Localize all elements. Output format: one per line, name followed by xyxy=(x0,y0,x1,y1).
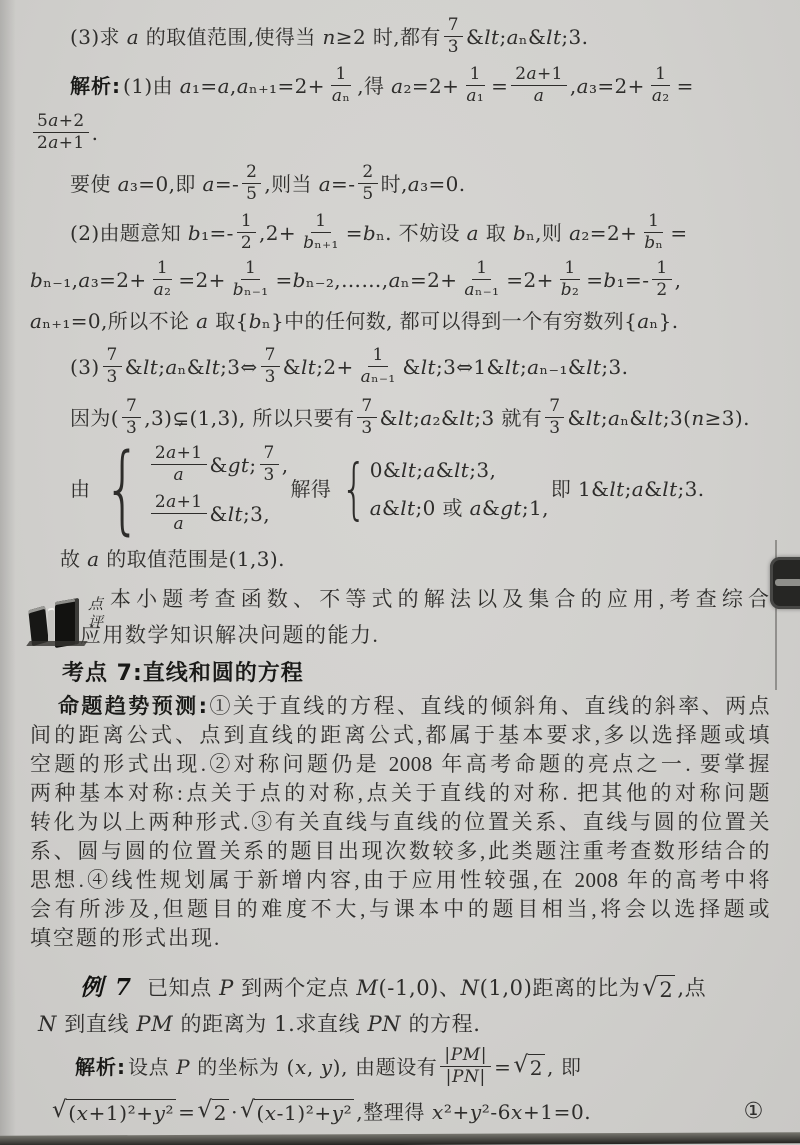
fraction: 1b₂ xyxy=(557,259,584,300)
fraction: 25 xyxy=(242,163,261,204)
cases-group: {2a+1a&gt;73,2a+1a&lt;3, xyxy=(92,444,288,534)
formula-text: ,点 xyxy=(677,976,706,1000)
numerator: 1 xyxy=(466,65,485,86)
case-row: 2a+1a&gt;73, xyxy=(148,444,289,485)
radicand: 2 xyxy=(528,1054,545,1080)
denominator: |PN| xyxy=(442,1067,490,1087)
formula-text: 因为( xyxy=(70,403,119,433)
bold-label: 解析: xyxy=(75,1052,126,1082)
fraction: 1bₙ₊₁ xyxy=(299,212,343,253)
numerator: |PM| xyxy=(440,1046,491,1067)
formula-text: =b₁=- xyxy=(586,265,649,295)
page-content: (3)求 a 的取值范围,使得当 n≥2 时,都有 73&lt;aₙ&lt;3.… xyxy=(0,0,800,1127)
denominator: aₙ xyxy=(328,86,354,106)
fraction: 2a+1a xyxy=(151,444,207,485)
radicand: (x-1)²+y² xyxy=(254,1099,354,1125)
formula-text: 设点 P 的坐标为 (x, y), 由题设有 xyxy=(128,1052,437,1082)
denominator: a xyxy=(530,86,549,106)
formula-text: &lt;2+ xyxy=(283,352,354,382)
formula-text: 要使 a₃=0,即 a=- xyxy=(70,169,239,199)
formula-text: a&lt;0 或 a&gt;1, xyxy=(370,493,549,523)
formula-text: ,2+ xyxy=(259,218,296,248)
scan-bottom-edge xyxy=(0,1132,800,1145)
numerator: 2 xyxy=(358,163,377,184)
fraction: |PM||PN| xyxy=(440,1046,491,1087)
example-statement-line: 已知点 P 到两个定点 M(-1,0)、N(1,0)距离的比为√2,点 xyxy=(147,972,706,1004)
formula-text: N 到直线 PM 的距离为 1.求直线 PN 的方程. xyxy=(38,1012,481,1036)
trend-text-line: 会有所涉及,但题目的难度不大,与课本中的题目相当,将会以选择题或 xyxy=(30,895,770,924)
numerator: 7 xyxy=(545,397,564,418)
fraction: 1aₙ₋₁ xyxy=(357,346,400,387)
formula-text: 由 xyxy=(70,474,90,504)
radical-sign: √ xyxy=(52,1099,67,1122)
radicand: (x+1)²+y² xyxy=(66,1099,176,1125)
denominator: bₙ₋₁ xyxy=(229,280,273,300)
denominator: 3 xyxy=(260,465,279,485)
book-pages xyxy=(48,607,54,645)
radicand: 2 xyxy=(212,1099,229,1125)
numerator: 5a+2 xyxy=(33,112,89,133)
case-row: a&lt;0 或 a&gt;1, xyxy=(370,493,549,523)
fraction: 73 xyxy=(103,346,122,387)
solution-line-2: 5a+22a+1. xyxy=(30,112,770,153)
formula-text: =bₙ₋₂,……,aₙ=2+ xyxy=(275,265,457,295)
solution-line-9: 由{2a+1a&gt;73,2a+1a&lt;3, 解得 {0&lt;a&lt;… xyxy=(70,444,770,534)
formula-text: (3)求 a 的取值范围,使得当 n≥2 时,都有 xyxy=(70,22,441,52)
fraction: 25 xyxy=(358,163,377,204)
numerator: 7 xyxy=(260,444,279,465)
radical-sign: √ xyxy=(513,1054,528,1077)
formula-text: 已知点 P 到两个定点 M(-1,0)、N(1,0)距离的比为 xyxy=(147,976,640,1000)
denominator: a xyxy=(169,465,188,485)
fraction: 2a+1a xyxy=(511,65,567,106)
radical-sign: √ xyxy=(642,975,658,999)
formula-text: = xyxy=(491,71,508,101)
formula-text: 解得 xyxy=(291,474,332,504)
numerator: 2a+1 xyxy=(511,65,567,86)
numerator: 7 xyxy=(357,397,376,418)
numerator: 1 xyxy=(651,65,670,86)
formula-text: = xyxy=(494,1052,511,1082)
square-root: √(x-1)²+y² xyxy=(240,1099,354,1125)
formula-text: · xyxy=(231,1097,238,1127)
case-row: 0&lt;a&lt;3, xyxy=(370,455,549,485)
numerator: 1 xyxy=(237,212,256,233)
formula-text: 时,a₃=0. xyxy=(381,169,466,199)
trend-text-line: 命题趋势预测:①关于直线的方程、直线的倾斜角、直线的斜率、两点 xyxy=(30,692,770,721)
solution-line-8: 因为(73,3)⊊(1,3), 所以只要有 73&lt;a₂&lt;3 就有 7… xyxy=(70,397,770,438)
section-heading: 考点 7:直线和圆的方程 xyxy=(62,660,770,688)
square-root: √2 xyxy=(642,975,675,1002)
numerator: 1 xyxy=(241,259,260,280)
formula-text: =bₙ. 不妨设 a 取 bₙ,则 a₂=2+ xyxy=(346,218,638,248)
formula-text: aₙ₊₁=0,所以不论 a 取{bₙ}中的任何数, 都可以得到一个有穷数列{aₙ… xyxy=(30,306,678,336)
numerator: 1 xyxy=(368,346,387,367)
formula-text: ,3)⊊(1,3), 所以只要有 xyxy=(144,403,354,433)
formula-text: ,得 a₂=2+ xyxy=(357,71,459,101)
formula-text: (1)由 a₁=a,aₙ₊₁=2+ xyxy=(123,71,325,101)
solution-line-1: 解析:(1)由 a₁=a,aₙ₊₁=2+1aₙ,得 a₂=2+1a₁=2a+1a… xyxy=(70,65,770,106)
numerator: 1 xyxy=(331,65,350,86)
numerator: 1 xyxy=(644,212,663,233)
denominator: 3 xyxy=(103,367,122,387)
problem-part-3: (3)求 a 的取值范围,使得当 n≥2 时,都有 73&lt;aₙ&lt;3. xyxy=(70,16,770,57)
fraction: 2a+1a xyxy=(151,493,207,534)
radical-sign: √ xyxy=(240,1099,255,1122)
formula-text: , xyxy=(282,450,289,480)
bold-label: 解析: xyxy=(70,71,121,101)
denominator: 5 xyxy=(358,184,377,204)
fraction: 1aₙ xyxy=(328,65,354,106)
denominator: 3 xyxy=(444,37,463,57)
binder-tab-icon xyxy=(770,557,800,609)
fraction: 1bₙ xyxy=(640,212,667,253)
radicand: 2 xyxy=(657,975,675,1002)
trend-text-line: 空题的形式出现.②对称问题仍是 2008 年高考命题的亮点之一. 要掌握 xyxy=(30,750,770,779)
denominator: 2 xyxy=(237,233,256,253)
left-brace: { xyxy=(341,459,367,518)
solution-line-6: aₙ₊₁=0,所以不论 a 取{bₙ}中的任何数, 都可以得到一个有穷数列{aₙ… xyxy=(30,306,770,336)
formula-text: 0&lt;a&lt;3, xyxy=(370,455,497,485)
denominator: 2a+1 xyxy=(33,133,89,153)
formula-text: (3) xyxy=(70,352,100,382)
example-label: 例 7 xyxy=(80,969,133,1002)
formula-text: (2)由题意知 b₁=- xyxy=(70,218,234,248)
formula-text: &lt;3⇔1&lt;aₙ₋₁&lt;3. xyxy=(403,352,629,382)
formula-text: 即 1&lt;a&lt;3. xyxy=(551,474,705,504)
denominator: 5 xyxy=(242,184,261,204)
example-statement-line: N 到直线 PM 的距离为 1.求直线 PN 的方程. xyxy=(38,1008,770,1040)
numerator: 1 xyxy=(652,259,671,280)
solution-line-4: (2)由题意知 b₁=-12,2+1bₙ₊₁=bₙ. 不妨设 a 取 bₙ,则 … xyxy=(70,212,770,253)
numerator: 7 xyxy=(444,16,463,37)
comment-text-line: 本小题考查函数、不等式的解法以及集合的应用,考查综合 xyxy=(110,584,770,614)
denominator: a₁ xyxy=(462,86,488,106)
solution-line-5: bₙ₋₁,a₃=2+1a₂=2+1bₙ₋₁=bₙ₋₂,……,aₙ=2+1aₙ₋₁… xyxy=(30,259,770,300)
formula-text: = xyxy=(677,71,694,101)
book-spine-right xyxy=(55,598,79,648)
formula-text: , xyxy=(675,265,682,295)
numerator: 7 xyxy=(122,397,141,418)
fraction: 1a₁ xyxy=(462,65,488,106)
formula-text: =2+ xyxy=(178,265,225,295)
example-7-first-row: 例 7 已知点 P 到两个定点 M(-1,0)、N(1,0)距离的比为√2,点 xyxy=(30,969,770,1004)
formula-text: ① xyxy=(744,1097,764,1127)
trend-text-line: 思想.④线性规划属于新增内容,由于应用性较强,在 2008 年的高考中将 xyxy=(30,866,770,895)
fraction: 12 xyxy=(237,212,256,253)
fraction: 73 xyxy=(444,16,463,57)
denominator: 3 xyxy=(357,418,376,438)
fraction: 73 xyxy=(357,397,376,438)
comment-text-line: 应用数学知识解决问题的能力. xyxy=(80,620,770,650)
denominator: 3 xyxy=(261,367,280,387)
numerator: 1 xyxy=(560,259,579,280)
solution-line-3: 要使 a₃=0,即 a=-25,则当 a=-25时,a₃=0. xyxy=(70,163,770,204)
formula-text: , 即 xyxy=(547,1052,582,1082)
formula-text: 故 a 的取值范围是(1,3). xyxy=(60,544,285,574)
trend-text-line: 转化为以上两种形式.③有关直线与直线的位置关系、直线与圆的位置关 xyxy=(30,808,770,837)
formula-text: =2+ xyxy=(506,265,553,295)
denominator: a xyxy=(169,514,188,534)
numerator: 2 xyxy=(242,163,261,184)
denominator: aₙ₋₁ xyxy=(460,280,503,300)
trend-text-line: 间的距离公式、点到直线的距离公式,都属于基本要求,多以选择题或填 xyxy=(30,721,770,750)
numerator: 7 xyxy=(103,346,122,367)
fraction: 1a₂ xyxy=(648,65,674,106)
fraction: 73 xyxy=(260,444,279,485)
square-root: √2 xyxy=(513,1054,545,1080)
denominator: bₙ₊₁ xyxy=(299,233,343,253)
case-row: 2a+1a&lt;3, xyxy=(148,493,289,534)
comment-callout: 点评 本小题考查函数、不等式的解法以及集合的应用,考查综合 应用数学知识解决问题… xyxy=(30,584,770,650)
formula-text: = xyxy=(670,218,687,248)
denominator: a₂ xyxy=(150,280,176,300)
books-icon: 点评 xyxy=(28,586,108,648)
cases-group: {0&lt;a&lt;3,a&lt;0 或 a&gt;1, xyxy=(333,455,549,523)
fraction: 73 xyxy=(261,346,280,387)
formula-text: bₙ₋₁,a₃=2+ xyxy=(30,265,147,295)
fraction: 1bₙ₋₁ xyxy=(229,259,273,300)
denominator: aₙ₋₁ xyxy=(357,367,400,387)
formula-text: ,a₃=2+ xyxy=(570,71,645,101)
formula-text: &gt; xyxy=(210,450,257,480)
formula-text: &lt;aₙ&lt;3. xyxy=(466,22,588,52)
numerator: 2a+1 xyxy=(151,444,207,465)
denominator: 3 xyxy=(545,418,564,438)
numerator: 1 xyxy=(472,259,491,280)
fraction: 5a+22a+1 xyxy=(33,112,89,153)
numerator: 7 xyxy=(261,346,280,367)
example-solution-line-1: 解析: 设点 P 的坐标为 (x, y), 由题设有 |PM||PN| = √2… xyxy=(75,1046,770,1087)
example-solution-block: 解析: 设点 P 的坐标为 (x, y), 由题设有 |PM||PN| = √2… xyxy=(30,1046,770,1127)
fraction: 1aₙ₋₁ xyxy=(460,259,503,300)
formula-text: ,整理得 x²+y²-6x+1=0. xyxy=(356,1097,591,1127)
numerator: 1 xyxy=(153,259,172,280)
denominator: a₂ xyxy=(648,86,674,106)
formula-text: &lt;3, xyxy=(210,499,270,529)
example-solution-line-2: √(x+1)²+y²=√2 · √(x-1)²+y²,整理得 x²+y²-6x+… xyxy=(50,1097,770,1127)
numerator: 2a+1 xyxy=(151,493,207,514)
formula-text: &lt;aₙ&lt;3(n≥3). xyxy=(567,403,749,433)
trend-text-line: 两种基本对称:点关于点的对称,点关于直线的对称. 把其他的对称问题 xyxy=(30,779,770,808)
example-7-block: 例 7 已知点 P 到两个定点 M(-1,0)、N(1,0)距离的比为√2,点 … xyxy=(30,969,770,1040)
formula-text: &lt;aₙ&lt;3⇔ xyxy=(125,352,258,382)
cases-stack: 2a+1a&gt;73,2a+1a&lt;3, xyxy=(148,444,289,534)
formula-text: ,则当 a=- xyxy=(264,169,355,199)
fraction: 73 xyxy=(545,397,564,438)
trend-forecast-paragraph: 命题趋势预测:①关于直线的方程、直线的倾斜角、直线的斜率、两点间的距离公式、点到… xyxy=(30,692,770,953)
denominator: 2 xyxy=(652,280,671,300)
denominator: b₂ xyxy=(557,280,584,300)
trend-text-line: 填空题的形式出现. xyxy=(30,924,770,953)
fraction: 1a₂ xyxy=(150,259,176,300)
square-root: √(x+1)²+y² xyxy=(52,1099,176,1125)
numerator: 1 xyxy=(311,212,330,233)
comment-icon-label: 点评 xyxy=(84,596,105,632)
denominator: bₙ xyxy=(640,233,667,253)
trend-lead-label: 命题趋势预测: xyxy=(58,694,208,718)
solution-line-7: (3)73&lt;aₙ&lt;3⇔73&lt;2+1aₙ₋₁&lt;3⇔1&lt… xyxy=(70,346,770,387)
fraction: 12 xyxy=(652,259,671,300)
solution-line-10: 故 a 的取值范围是(1,3). xyxy=(60,544,770,574)
left-brace: { xyxy=(104,446,142,532)
scanned-textbook-page: (3)求 a 的取值范围,使得当 n≥2 时,都有 73&lt;aₙ&lt;3.… xyxy=(0,0,800,1145)
trend-text-line: 系、圆与圆的位置关系的题目出现次数较多,此类题注重考查数形结合的 xyxy=(30,837,770,866)
radical-sign: √ xyxy=(198,1099,213,1122)
book-spine-left xyxy=(28,606,48,647)
square-root: √2 xyxy=(198,1099,230,1125)
formula-text: . xyxy=(92,118,99,148)
formula-text: = xyxy=(178,1097,195,1127)
cases-stack: 0&lt;a&lt;3,a&lt;0 或 a&gt;1, xyxy=(370,455,549,523)
sequence-solution-block: (3)求 a 的取值范围,使得当 n≥2 时,都有 73&lt;aₙ&lt;3.… xyxy=(30,16,770,574)
formula-text: &lt;a₂&lt;3 就有 xyxy=(380,403,543,433)
